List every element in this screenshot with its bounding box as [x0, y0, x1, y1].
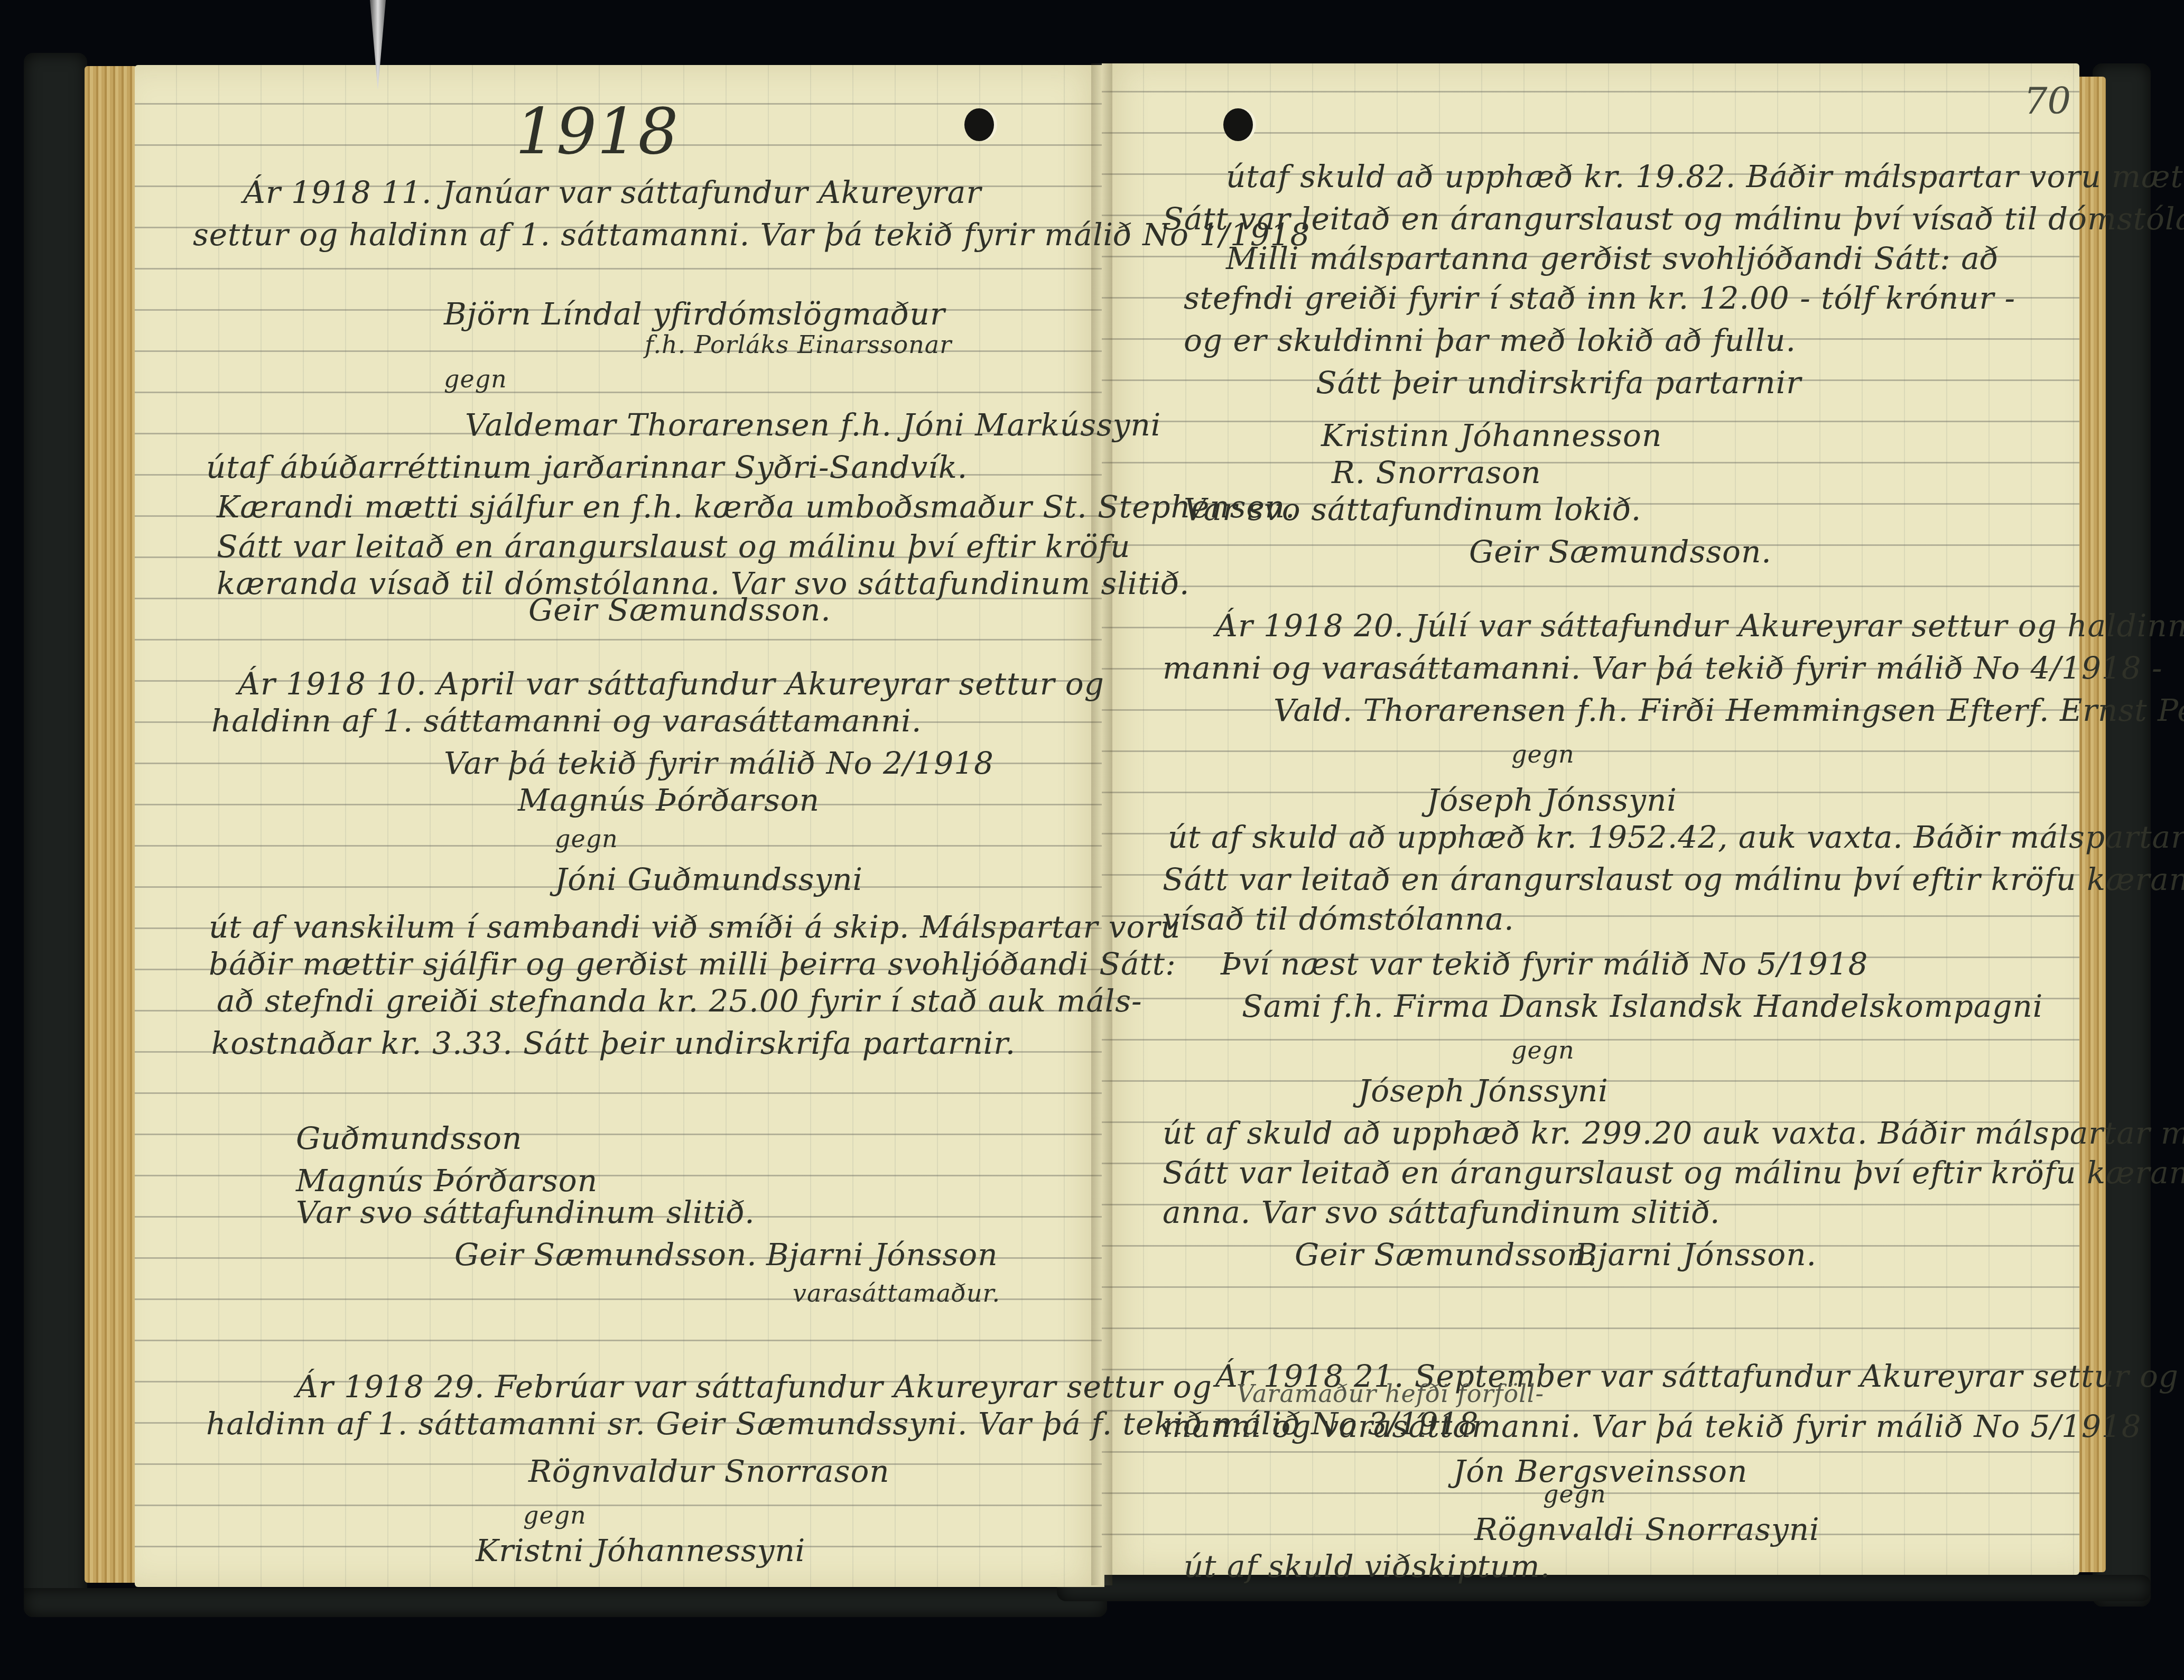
- entry-line: Því næst var tekið fyrir málið No 5/1918: [1221, 946, 1868, 982]
- entry-line: gegn: [444, 365, 507, 393]
- signature: Bjarni Jónsson.: [1575, 1237, 1817, 1273]
- year-heading: 1918: [515, 95, 679, 169]
- entry-line: Ár 1918 11. Janúar var sáttafundur Akure…: [243, 174, 981, 210]
- entry-line: manni og varasáttamanni. Var þá tekið fy…: [1163, 650, 2163, 686]
- entry-line: manni og varasáttamanni. Var þá tekið fy…: [1163, 1408, 2142, 1444]
- entry-line: Kærandi mætti sjálfur en f.h. kærða umbo…: [217, 489, 1296, 525]
- entry-line: Sátt var leitað en árangurslaust og máli…: [217, 528, 1130, 564]
- book-gutter: [1091, 63, 1112, 1585]
- signature: Geir Sæmundsson.: [528, 592, 831, 628]
- interlinear-note: Varamaður hefði forföll-: [1237, 1379, 1544, 1408]
- signature: Geir Sæmundsson.: [454, 1237, 757, 1273]
- entry-line: Ár 1918 20. Júlí var sáttafundur Akureyr…: [1215, 608, 2184, 644]
- entry-line: Ár 1918 29. Febrúar var sáttafundur Akur…: [296, 1369, 1212, 1405]
- entry-line: Sami f.h. Firma Dansk Islandsk Handelsko…: [1242, 988, 2043, 1024]
- left-page: [135, 65, 1104, 1587]
- signature-title: varasáttamaður.: [793, 1279, 1000, 1307]
- entry-line: Sátt var leitað en árangurslaust og máli…: [1163, 861, 2184, 897]
- entry-line: Sátt var leitað en árangurslaust og máli…: [1163, 201, 2184, 237]
- entry-line: Jóseph Jónssyni: [1358, 1073, 1609, 1109]
- entry-line: Var svo sáttafundinum lokið.: [1184, 491, 1641, 527]
- entry-line: Sátt þeir undirskrifa partarnir: [1316, 365, 1801, 401]
- entry-line: út af skuld að upphæð kr. 1952.42, auk v…: [1168, 819, 2184, 855]
- signature: Guðmundsson: [296, 1120, 522, 1156]
- entry-line: Jóni Guðmundssyni: [555, 861, 863, 897]
- entry-line: Milli málspartanna gerðist svohljóðandi …: [1226, 240, 1999, 276]
- entry-line: Ár 1918 10. April var sáttafundur Akurey…: [238, 666, 1104, 702]
- signature: Bjarni Jónsson: [766, 1237, 998, 1273]
- page-number: 70: [2024, 79, 2071, 123]
- page-edges-left: [85, 66, 137, 1583]
- entry-line: og er skuldinni þar með lokið að fullu.: [1184, 322, 1796, 358]
- entry-line: Rögnvaldur Snorrason: [528, 1453, 890, 1489]
- entry-line: gegn: [1511, 1036, 1575, 1064]
- entry-line: út af skuld að upphæð kr. 299.20 auk vax…: [1163, 1115, 2184, 1151]
- entry-line: kostnaðar kr. 3.33. Sátt þeir undirskrif…: [211, 1025, 1016, 1061]
- entry-line: gegn: [555, 824, 618, 853]
- entry-line: Magnús Þórðarson: [518, 782, 820, 818]
- entry-line: gegn: [1543, 1480, 1606, 1508]
- entry-line: stefndi greiði fyrir í stað inn kr. 12.0…: [1184, 280, 2015, 316]
- entry-line: haldinn af 1. sáttamanni og varasáttaman…: [211, 703, 922, 739]
- entry-line: útaf skuld að upphæð kr. 19.82. Báðir má…: [1226, 159, 2184, 194]
- signature: R. Snorrason: [1332, 454, 1541, 490]
- entry-line: út af vanskilum í sambandi við smíði á s…: [209, 909, 1181, 945]
- entry-line: báðir mættir sjálfir og gerðist milli þe…: [209, 946, 1176, 982]
- entry-line: Björn Líndal yfirdómslögmaður: [444, 296, 945, 332]
- entry-line: Rögnvaldi Snorrasyni: [1474, 1511, 1820, 1547]
- entry-line: að stefndi greiði stefnanda kr. 25.00 fy…: [217, 983, 1142, 1019]
- signature: Geir Sæmundsson.: [1469, 534, 1772, 570]
- entry-line: útaf ábúðarréttinum jarðarinnar Syðri-Sa…: [206, 449, 968, 485]
- entry-line: gegn: [1511, 740, 1575, 768]
- entry-line: f.h. Porláks Einarssonar: [645, 330, 952, 359]
- entry-line: Kristni Jóhannessyni: [476, 1533, 805, 1568]
- entry-line: Var svo sáttafundinum slitið.: [296, 1194, 755, 1230]
- punch-hole-icon: [1223, 108, 1253, 141]
- book-cover-bottom-left: [24, 1588, 1107, 1617]
- entry-line: vísað til dómstólanna.: [1163, 901, 1514, 937]
- entry-line: anna. Var svo sáttafundinum slitið.: [1163, 1194, 1721, 1230]
- signature: Magnús Þórðarson: [296, 1163, 598, 1199]
- signature: Kristinn Jóhannesson: [1321, 417, 1662, 453]
- entry-line: út af skuld viðskiptum.: [1184, 1548, 1550, 1584]
- entry-line: Var þá tekið fyrir málið No 2/1918: [444, 745, 994, 781]
- entry-line: settur og haldinn af 1. sáttamanni. Var …: [193, 217, 1311, 253]
- entry-line: Valdemar Thorarensen f.h. Jóni Markússyn…: [465, 407, 1161, 443]
- punch-hole-icon: [964, 108, 994, 141]
- signature: Geir Sæmundsson.: [1295, 1237, 1597, 1273]
- entry-line: Jóseph Jónssyni: [1427, 782, 1677, 818]
- entry-line: gegn: [523, 1501, 587, 1529]
- entry-line: Vald. Thorarensen f.h. Firði Hemmingsen …: [1274, 692, 2184, 728]
- entry-line: Sátt var leitað en árangurslaust og máli…: [1163, 1155, 2184, 1191]
- book-cover-left: [24, 53, 87, 1617]
